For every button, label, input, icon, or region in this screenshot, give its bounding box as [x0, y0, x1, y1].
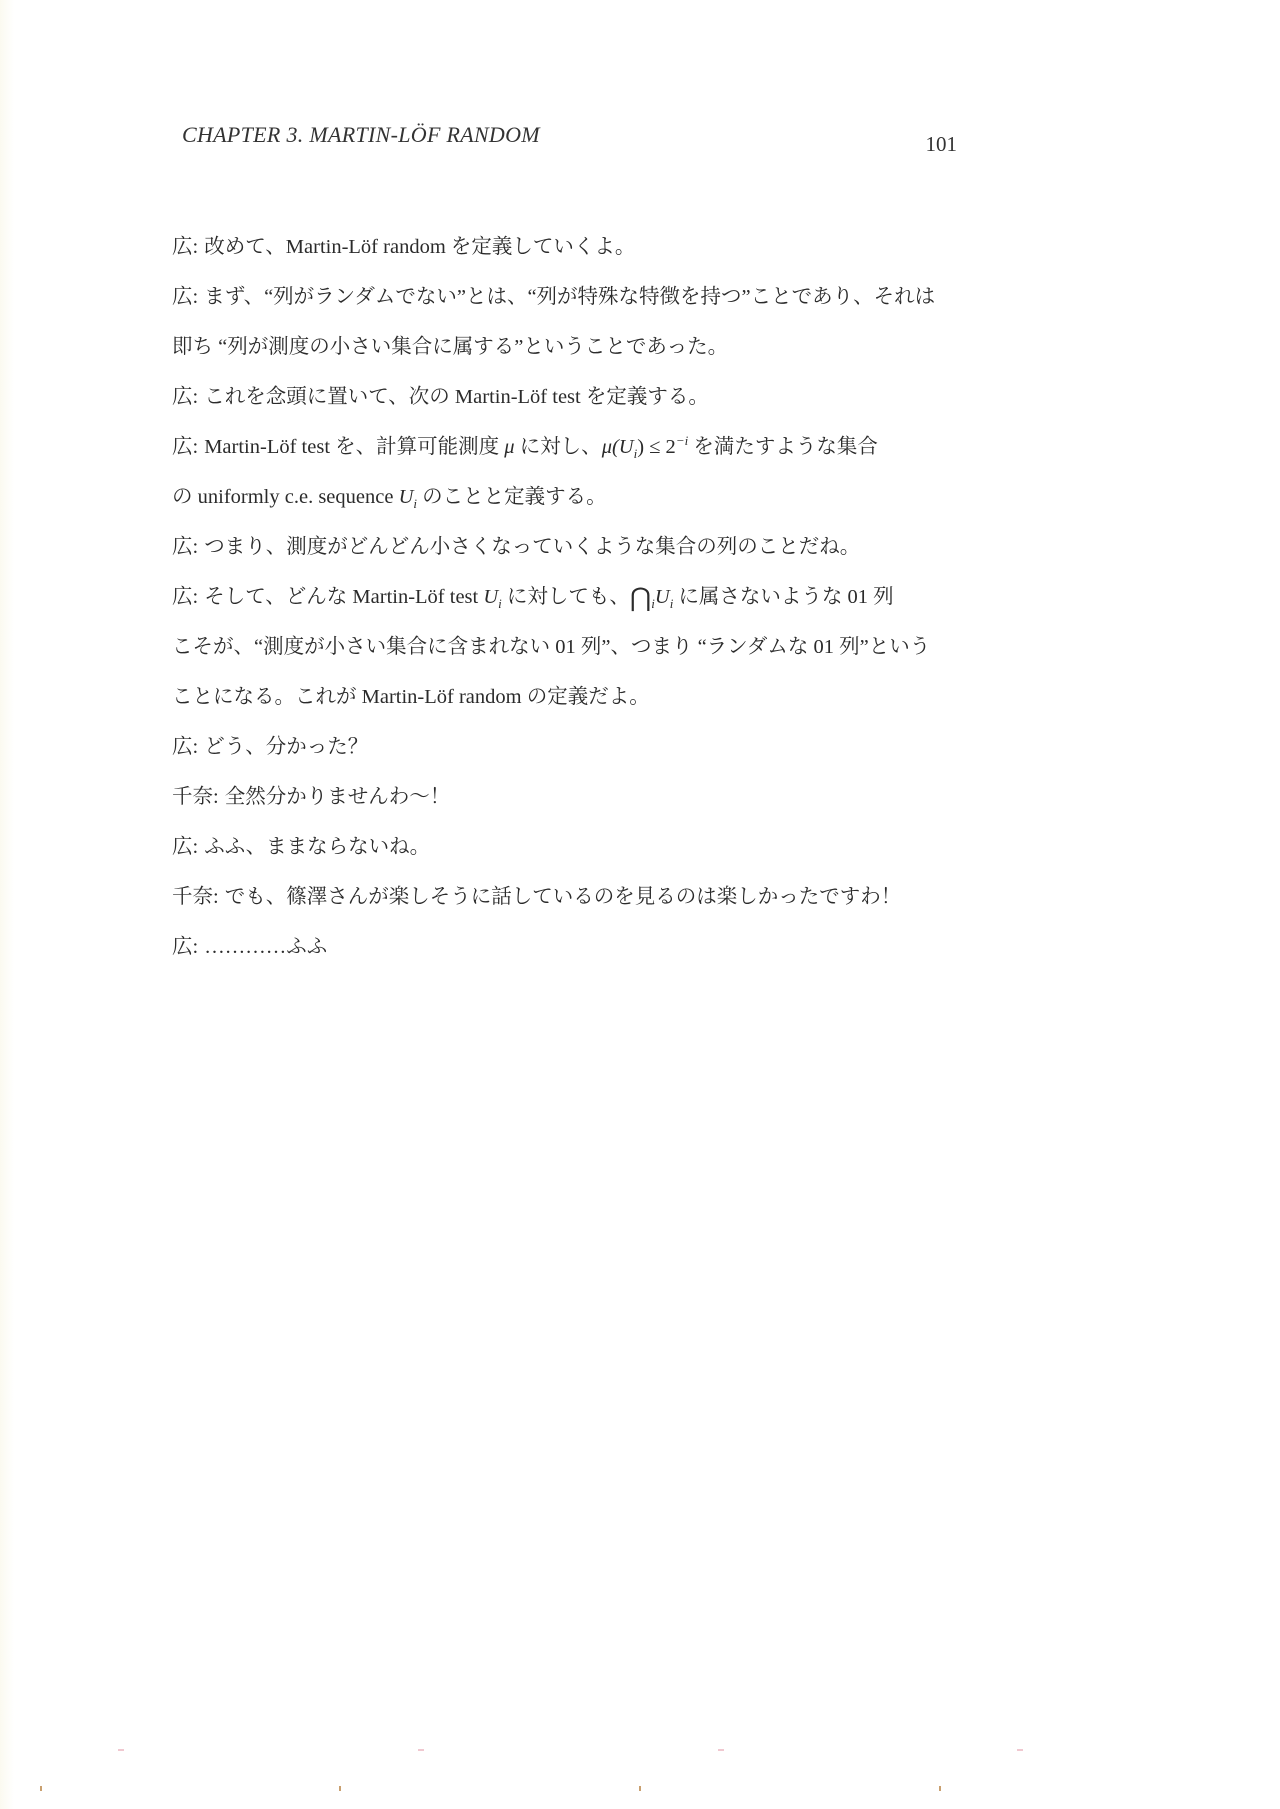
speaker-label: 広:	[172, 736, 198, 758]
dialogue-continuation: の uniformly c.e. sequence Ui のことと定義する。	[172, 479, 962, 529]
line-text: どう、分かった？	[204, 736, 368, 758]
speaker-label: 広:	[172, 236, 198, 258]
dialogue-line: 広:改めて、Martin-Löf random を定義していくよ。	[172, 229, 962, 279]
line-text: に属さないような 01 列	[673, 586, 893, 608]
scan-artifact	[40, 1786, 42, 1791]
scan-artifact	[418, 1749, 424, 1751]
math-inequality: ) ≤ 2	[637, 436, 676, 458]
line-text: でも、篠澤さんが楽しそうに話しているのを見るのは楽しかったですわ！	[225, 886, 902, 908]
scan-artifact	[718, 1749, 724, 1751]
dialogue-line: 広:…………ふふ	[172, 929, 962, 979]
line-text: 即ち “列が測度の小さい集合に属する”ということであった。	[172, 336, 728, 358]
line-text: つまり、測度がどんどん小さくなっていくような集合の列のことだね。	[204, 536, 860, 558]
line-text: こそが、“測度が小さい集合に含まれない 01 列”、つまり “ランダムな 01 …	[172, 636, 930, 658]
running-header: CHAPTER 3. MARTIN-LÖF RANDOM 101	[182, 122, 957, 152]
chapter-title: CHAPTER 3. MARTIN-LÖF RANDOM	[182, 122, 540, 148]
speaker-label: 広:	[172, 586, 198, 608]
dialogue-line: 広:まず、“列がランダムでない”とは、“列が特殊な特徴を持つ”ことであり、それは	[172, 279, 962, 329]
dialogue-line: 広:どう、分かった？	[172, 729, 962, 779]
math-exponent: −i	[676, 433, 688, 448]
scan-artifact	[1017, 1749, 1023, 1751]
math-mu: μ	[504, 436, 514, 458]
line-text: 改めて、Martin-Löf random を定義していくよ。	[204, 236, 635, 258]
line-text: ふふ、ままならないね。	[204, 836, 430, 858]
line-text: Martin-Löf test を、計算可能測度	[204, 436, 504, 458]
line-text: に対しても、	[502, 586, 630, 608]
math-U: U	[655, 586, 670, 608]
line-text: ことになる。これが Martin-Löf random の定義だよ。	[172, 686, 650, 708]
speaker-label: 広:	[172, 936, 198, 958]
scan-artifact	[639, 1786, 641, 1791]
line-text: …………ふふ	[204, 936, 327, 958]
speaker-label: 広:	[172, 536, 198, 558]
dialogue-continuation: こそが、“測度が小さい集合に含まれない 01 列”、つまり “ランダムな 01 …	[172, 629, 962, 679]
speaker-label: 広:	[172, 436, 198, 458]
page-number: 101	[926, 132, 958, 157]
dialogue-continuation: ことになる。これが Martin-Löf random の定義だよ。	[172, 679, 962, 729]
line-text: 全然分かりませんわ〜！	[225, 786, 451, 808]
scanned-page-edge	[0, 0, 14, 1809]
speaker-label: 広:	[172, 836, 198, 858]
speaker-label: 広:	[172, 386, 198, 408]
dialogue-line: 広:ふふ、ままならないね。	[172, 829, 962, 879]
math-big-intersection: ⋂	[630, 583, 651, 612]
line-text: まず、“列がランダムでない”とは、“列が特殊な特徴を持つ”ことであり、それは	[204, 286, 935, 308]
math-U: U	[483, 586, 498, 608]
dialogue-body: 広:改めて、Martin-Löf random を定義していくよ。 広:まず、“…	[172, 229, 962, 979]
scan-artifact	[939, 1786, 941, 1791]
math-U: U	[399, 486, 414, 508]
dialogue-continuation: 即ち “列が測度の小さい集合に属する”ということであった。	[172, 329, 962, 379]
dialogue-line: 千奈:でも、篠澤さんが楽しそうに話しているのを見るのは楽しかったですわ！	[172, 879, 962, 929]
dialogue-line: 広:つまり、測度がどんどん小さくなっていくような集合の列のことだね。	[172, 529, 962, 579]
line-text: そして、どんな Martin-Löf test	[204, 586, 483, 608]
scan-artifact	[339, 1786, 341, 1791]
speaker-label: 千奈:	[172, 786, 219, 808]
dialogue-line: 千奈:全然分かりませんわ〜！	[172, 779, 962, 829]
speaker-label: 千奈:	[172, 886, 219, 908]
dialogue-line: 広:そして、どんな Martin-Löf test Ui に対しても、⋂iUi …	[172, 579, 962, 629]
line-text: を満たすような集合	[688, 436, 878, 458]
line-text: のことと定義する。	[417, 486, 607, 508]
speaker-label: 広:	[172, 286, 198, 308]
line-text: これを念頭に置いて、次の Martin-Löf test を定義する。	[204, 386, 709, 408]
math-measure: μ(U	[602, 436, 634, 458]
dialogue-line: 広:Martin-Löf test を、計算可能測度 μ に対し、μ(Ui) ≤…	[172, 429, 962, 479]
line-text: に対し、	[515, 436, 602, 458]
scan-artifact	[118, 1749, 124, 1751]
line-text: の uniformly c.e. sequence	[172, 486, 399, 508]
dialogue-line: 広:これを念頭に置いて、次の Martin-Löf test を定義する。	[172, 379, 962, 429]
